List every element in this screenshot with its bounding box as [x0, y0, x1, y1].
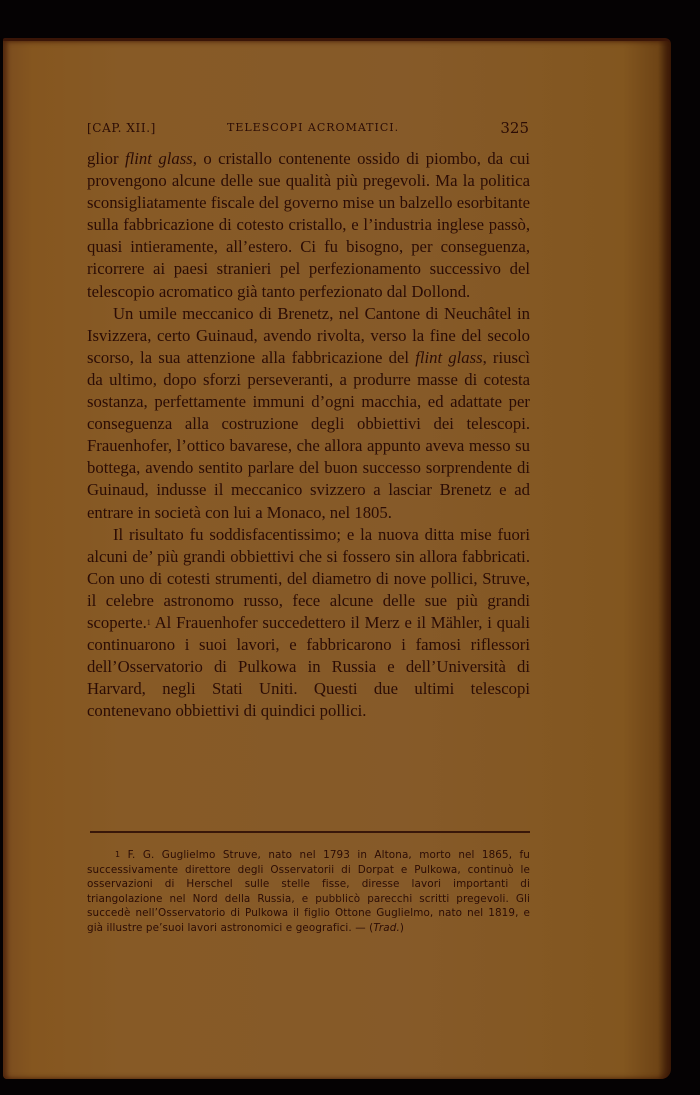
paragraph: Il risultato fu soddisfacentissimo; e la… [87, 524, 530, 723]
italic-term: flint glass [125, 149, 193, 168]
paragraph: glior flint glass, o cristallo contenent… [87, 148, 530, 303]
paragraph: Un umile meccanico di Brenetz, nel Canto… [87, 303, 530, 524]
footnote-1: 1 F. G. Guglielmo Struve, nato nel 1793 … [87, 848, 530, 936]
running-header: [CAP. XII.] TELESCOPI ACROMATICI. 325 [87, 121, 529, 141]
text-run: Al Frauenhofer succedettero il Merz e il… [87, 613, 530, 720]
text-run: , o cristallo contenente ossido di piomb… [87, 149, 530, 301]
footnote-rule [90, 831, 530, 833]
text-run: glior [87, 149, 125, 168]
page-number: 325 [500, 119, 529, 137]
footnote-text: F. G. Guglielmo Struve, nato nel 1793 in… [87, 849, 530, 934]
italic-term: flint glass [415, 348, 482, 367]
footnote-close: ) [400, 922, 404, 934]
chapter-label: [CAP. XII.] [87, 121, 156, 135]
footnotes: 1 F. G. Guglielmo Struve, nato nel 1793 … [87, 848, 530, 936]
text-run: , riuscì da ultimo, dopo sforzi persever… [87, 348, 530, 522]
body-text: glior flint glass, o cristallo contenent… [87, 148, 530, 722]
footnote-trad: Trad. [373, 922, 400, 934]
running-title: TELESCOPI ACROMATICI. [227, 121, 399, 134]
